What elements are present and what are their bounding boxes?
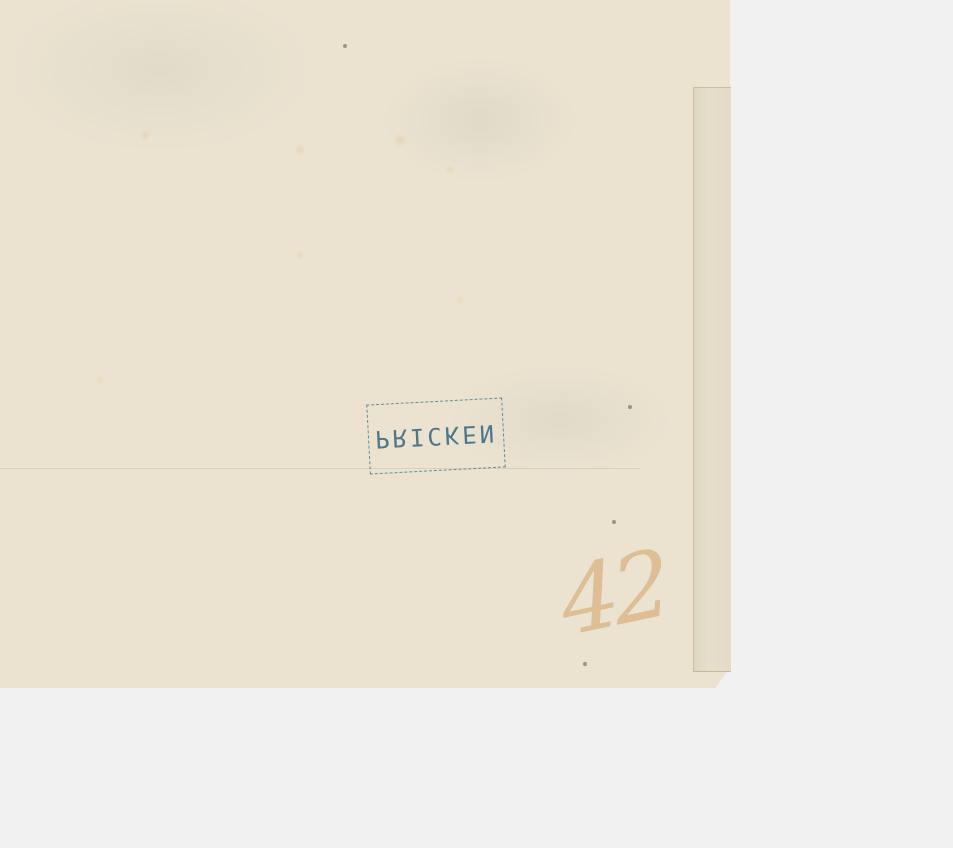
stamp-text: PRICKEN [374,419,497,453]
graphite-speck [612,520,616,524]
ink-speck [343,44,347,48]
paper-sheet: PRICKEN 42 [0,0,730,688]
collector-stamp: PRICKEN [366,397,505,474]
graphite-speck [583,662,587,666]
pencil-inscription: 42 [558,527,667,659]
graphite-speck [628,405,632,409]
photo-scene: PRICKEN 42 [0,0,953,848]
platemark-line [0,468,640,469]
hinge-tape [693,87,731,672]
